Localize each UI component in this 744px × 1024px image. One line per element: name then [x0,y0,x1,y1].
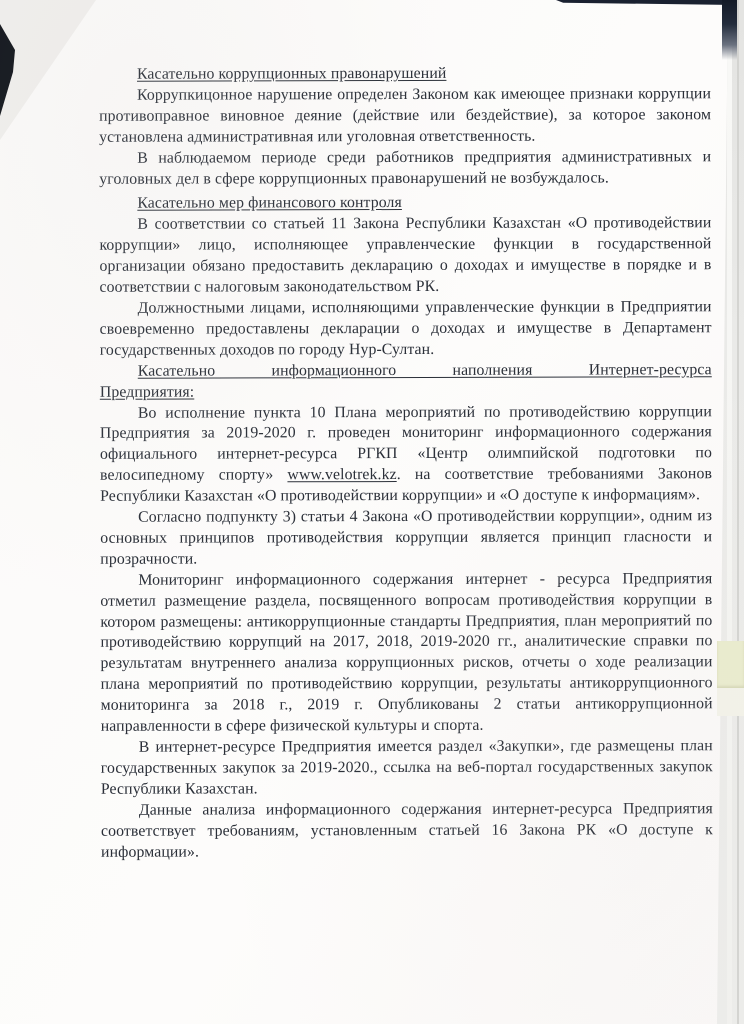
page-edge-line [737,0,739,1024]
section-heading-corruption-offenses: Касательно коррупционных правонарушений [99,63,711,86]
sticky-tab-lower [717,688,744,716]
section-heading-internet-resource: Касательно информационного наполнения Ин… [100,360,712,403]
velotrek-link: www.velotrek.kz [287,466,396,483]
paragraph: В соответствии со статьей 11 Закона Респ… [99,214,711,299]
paragraph-with-link: Во исполнение пункта 10 Плана мероприяти… [100,402,712,508]
sticky-tab [717,641,744,688]
paragraph: Мониторинг информационного содержания ин… [100,569,712,738]
heading-text: Касательно мер финансового контроля [137,194,402,212]
paragraph: В наблюдаемом периоде среди работников п… [99,147,711,190]
paragraph: Должностными лицами, исполняющими управл… [100,297,712,361]
paragraph: В интернет-ресурсе Предприятия имеется р… [101,736,713,800]
heading-text-line2: Предприятия: [100,381,712,404]
paragraph: Коррупкицонное нарушение определен Закон… [99,84,711,148]
page-corner-underlay [0,0,96,140]
scanner-corner-edge-artifact [722,0,737,60]
heading-text-line1: Касательно информационного наполнения Ин… [100,360,712,383]
scanner-top-edge-artifact [556,0,736,5]
page-edge-highlight [727,30,732,1024]
scanner-bed-strip [717,0,744,1024]
heading-text: Касательно коррупционных правонарушений [137,65,446,83]
paragraph: Данные анализа информационного содержани… [101,799,713,863]
scanned-page: Касательно коррупционных правонарушений … [0,0,744,1024]
paragraph: Согласно подпункту 3) статьи 4 Закона «О… [100,506,712,570]
section-heading-financial-control: Касательно мер финансового контроля [99,193,711,216]
document-body: Касательно коррупционных правонарушений … [99,63,713,863]
